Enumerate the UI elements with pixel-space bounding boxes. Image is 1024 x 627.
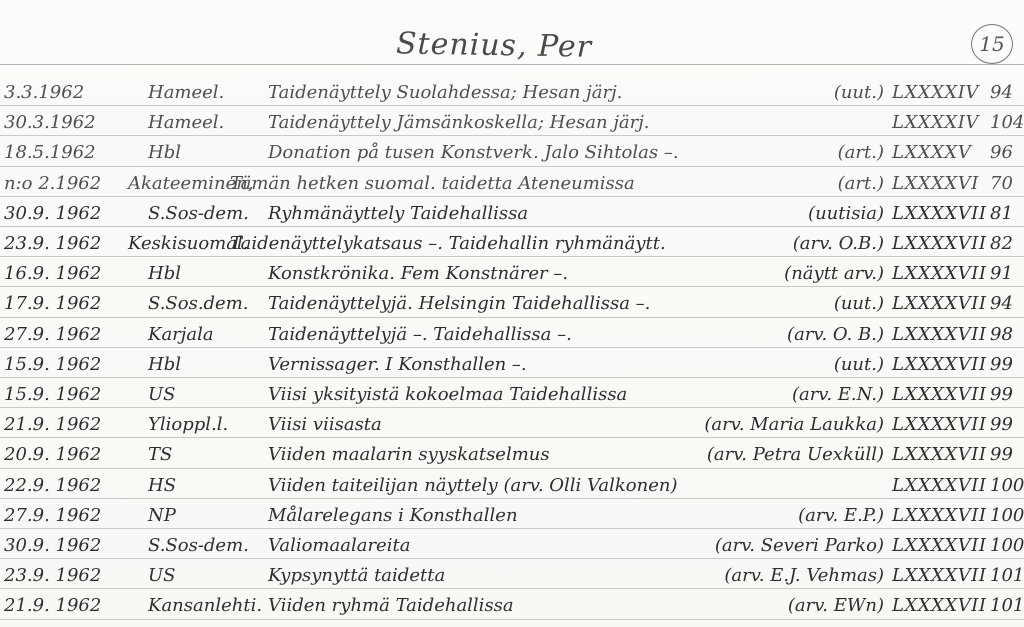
entry-note: (arv. E.N.)	[792, 385, 884, 405]
entry-title: Viisi yksityistä kokoelmaa Taidehallissa	[268, 385, 627, 405]
entry-volume: LXXXXVII	[892, 355, 986, 375]
entry-note: (art.)	[838, 143, 884, 163]
entry-note: (arv. EWn)	[788, 596, 884, 616]
entry-title: Viiden maalarin syyskatselmus	[268, 445, 550, 465]
card-entry: 17.9. 1962S.Sos.dem.Taidenäyttelyjä. Hel…	[0, 286, 1024, 316]
entry-volume: LXXXXVII	[892, 325, 986, 345]
entry-date: n:o 2.1962	[4, 174, 101, 194]
entry-note: (näytt arv.)	[784, 264, 884, 284]
entry-newspaper: Hameel.	[148, 113, 224, 133]
entry-note: (arv. Maria Laukka)	[704, 415, 884, 435]
entry-note: (arv. O. B.)	[787, 325, 884, 345]
entry-volume: LXXXXV	[892, 143, 971, 163]
card-entry: 15.9. 1962HblVernissager. I Konsthallen …	[0, 347, 1024, 377]
entry-volume: LXXXXVII	[892, 234, 986, 254]
entry-title: Taidenäyttely Suolahdessa; Hesan järj.	[268, 83, 622, 103]
entry-date: 30.3.1962	[4, 113, 96, 133]
entry-page: 101	[990, 596, 1024, 616]
entry-page: 99	[990, 445, 1013, 465]
card-entry: 21.9. 1962Kansanlehti.Viiden ryhmä Taide…	[0, 588, 1024, 618]
card-entry: 20.9. 1962TSViiden maalarin syyskatselmu…	[0, 437, 1024, 467]
entry-newspaper: NP	[148, 506, 176, 526]
entry-note: (arv. E.P.)	[798, 506, 884, 526]
entry-newspaper: Hameel.	[148, 83, 224, 103]
card-entry: 23.9. 1962USKypsynyttä taidetta(arv. E.J…	[0, 558, 1024, 588]
entry-note: (uut.)	[834, 83, 884, 103]
ruled-line	[0, 619, 1024, 620]
entry-volume: LXXXXVII	[892, 445, 986, 465]
entry-newspaper: Karjala	[148, 325, 214, 345]
card-title: Stenius, Per	[396, 26, 593, 64]
entry-date: 17.9. 1962	[4, 294, 101, 314]
entry-volume: LXXXXVII	[892, 476, 986, 496]
card-entry: 21.9. 1962Ylioppl.l.Viisi viisasta(arv. …	[0, 407, 1024, 437]
entry-volume: LXXXXVII	[892, 204, 986, 224]
entry-note: (arv. Severi Parko)	[715, 536, 884, 556]
entry-date: 21.9. 1962	[4, 415, 101, 435]
card-entry: 3.3.1962Hameel.Taidenäyttely Suolahdessa…	[0, 75, 1024, 105]
entry-page: 100	[990, 536, 1024, 556]
entry-note: (uut.)	[834, 294, 884, 314]
entry-volume: LXXXXVII	[892, 415, 986, 435]
entry-date: 18.5.1962	[4, 143, 96, 163]
entry-note: (uut.)	[834, 355, 884, 375]
entry-volume: LXXXXIV	[892, 113, 979, 133]
entry-date: 30.9. 1962	[4, 204, 101, 224]
entry-note: (arv. E.J. Vehmas)	[724, 566, 884, 586]
entry-title: Vernissager. I Konsthallen –.	[268, 355, 527, 375]
card-entry: 30.3.1962Hameel.Taidenäyttely Jämsänkosk…	[0, 105, 1024, 135]
entry-date: 27.9. 1962	[4, 506, 101, 526]
entry-page: 96	[990, 143, 1013, 163]
entry-title: Viiden ryhmä Taidehallissa	[268, 596, 514, 616]
entry-note: (arv. O.B.)	[793, 234, 884, 254]
card-entry: 22.9. 1962HSViiden taiteilijan näyttely …	[0, 468, 1024, 498]
entry-volume: LXXXXVII	[892, 536, 986, 556]
entry-volume: LXXXXVII	[892, 596, 986, 616]
card-entry: 15.9. 1962USViisi yksityistä kokoelmaa T…	[0, 377, 1024, 407]
entry-note: (uutisia)	[808, 204, 884, 224]
index-card: Stenius, Per 15 3.3.1962Hameel.Taidenäyt…	[0, 0, 1024, 627]
entry-page: 99	[990, 355, 1013, 375]
entry-newspaper: Hbl	[148, 143, 181, 163]
entry-page: 104	[990, 113, 1024, 133]
entry-newspaper: TS	[148, 445, 172, 465]
entry-page: 81	[990, 204, 1013, 224]
entry-newspaper: S.Sos.dem.	[148, 294, 249, 314]
entry-newspaper: Hbl	[148, 355, 181, 375]
entry-date: 21.9. 1962	[4, 596, 101, 616]
entry-page: 94	[990, 294, 1013, 314]
entry-volume: LXXXXVI	[892, 174, 979, 194]
entry-title: Valiomaalareita	[268, 536, 410, 556]
card-number-badge: 15	[971, 24, 1013, 64]
entry-page: 91	[990, 264, 1013, 284]
entry-title: Taidenäyttelyjä –. Taidehallissa –.	[268, 325, 572, 345]
entry-volume: LXXXXVII	[892, 264, 986, 284]
card-entry: 27.9. 1962KarjalaTaidenäyttelyjä –. Taid…	[0, 317, 1024, 347]
entry-volume: LXXXXVII	[892, 566, 986, 586]
entry-title: Donation på tusen Konstverk. Jalo Sihtol…	[268, 143, 679, 163]
header-rule	[0, 64, 1024, 65]
entry-title: Tämän hetken suomal. taidetta Ateneumiss…	[230, 174, 635, 194]
entry-date: 23.9. 1962	[4, 566, 101, 586]
entry-volume: LXXXXVII	[892, 385, 986, 405]
entry-title: Viisi viisasta	[268, 415, 382, 435]
entry-title: Konstkrönika. Fem Konstnärer –.	[268, 264, 568, 284]
entry-title: Taidenäyttely Jämsänkoskella; Hesan järj…	[268, 113, 650, 133]
entry-volume: LXXXXIV	[892, 83, 979, 103]
entry-title: Ryhmänäyttely Taidehallissa	[268, 204, 528, 224]
entry-newspaper: Kansanlehti.	[148, 596, 262, 616]
card-entry: n:o 2.1962Akateeminen,Tämän hetken suoma…	[0, 166, 1024, 196]
entry-page: 82	[990, 234, 1013, 254]
entry-page: 70	[990, 174, 1013, 194]
entry-volume: LXXXXVII	[892, 294, 986, 314]
entry-page: 98	[990, 325, 1013, 345]
entry-date: 15.9. 1962	[4, 385, 101, 405]
entry-newspaper: US	[148, 385, 176, 405]
card-entry: 16.9. 1962HblKonstkrönika. Fem Konstnäre…	[0, 256, 1024, 286]
entry-page: 100	[990, 476, 1024, 496]
entry-date: 23.9. 1962	[4, 234, 101, 254]
entry-newspaper: S.Sos-dem.	[148, 204, 249, 224]
entry-note: (arv. Petra Uexküll)	[707, 445, 884, 465]
entry-page: 94	[990, 83, 1013, 103]
card-entry: 30.9. 1962S.Sos-dem.Ryhmänäyttely Taideh…	[0, 196, 1024, 226]
entry-date: 30.9. 1962	[4, 536, 101, 556]
card-entry: 23.9. 1962Keskisuomal.Taidenäyttelykatsa…	[0, 226, 1024, 256]
entry-page: 99	[990, 415, 1013, 435]
entry-title: Målarelegans i Konsthallen	[268, 506, 518, 526]
entry-volume: LXXXXVII	[892, 506, 986, 526]
entry-newspaper: US	[148, 566, 176, 586]
entry-title: Kypsynyttä taidetta	[268, 566, 445, 586]
card-entry: 18.5.1962HblDonation på tusen Konstverk.…	[0, 135, 1024, 165]
entry-page: 101	[990, 566, 1024, 586]
entry-date: 3.3.1962	[4, 83, 84, 103]
entry-newspaper: Ylioppl.l.	[148, 415, 228, 435]
entry-page: 99	[990, 385, 1013, 405]
entry-newspaper: Hbl	[148, 264, 181, 284]
card-entry: 30.9. 1962S.Sos-dem.Valiomaalareita(arv.…	[0, 528, 1024, 558]
entry-date: 16.9. 1962	[4, 264, 101, 284]
card-number: 15	[979, 32, 1004, 56]
entry-date: 22.9. 1962	[4, 476, 101, 496]
entry-date: 20.9. 1962	[4, 445, 101, 465]
entry-title: Taidenäyttelykatsaus –. Taidehallin ryhm…	[230, 234, 666, 254]
entry-date: 15.9. 1962	[4, 355, 101, 375]
entry-date: 27.9. 1962	[4, 325, 101, 345]
entry-page: 100	[990, 506, 1024, 526]
card-entry: 27.9. 1962NPMålarelegans i Konsthallen(a…	[0, 498, 1024, 528]
entry-title: Taidenäyttelyjä. Helsingin Taidehallissa…	[268, 294, 650, 314]
entry-newspaper: HS	[148, 476, 176, 496]
entry-note: (art.)	[838, 174, 884, 194]
entry-newspaper: S.Sos-dem.	[148, 536, 249, 556]
entry-title: Viiden taiteilijan näyttely (arv. Olli V…	[268, 476, 677, 496]
